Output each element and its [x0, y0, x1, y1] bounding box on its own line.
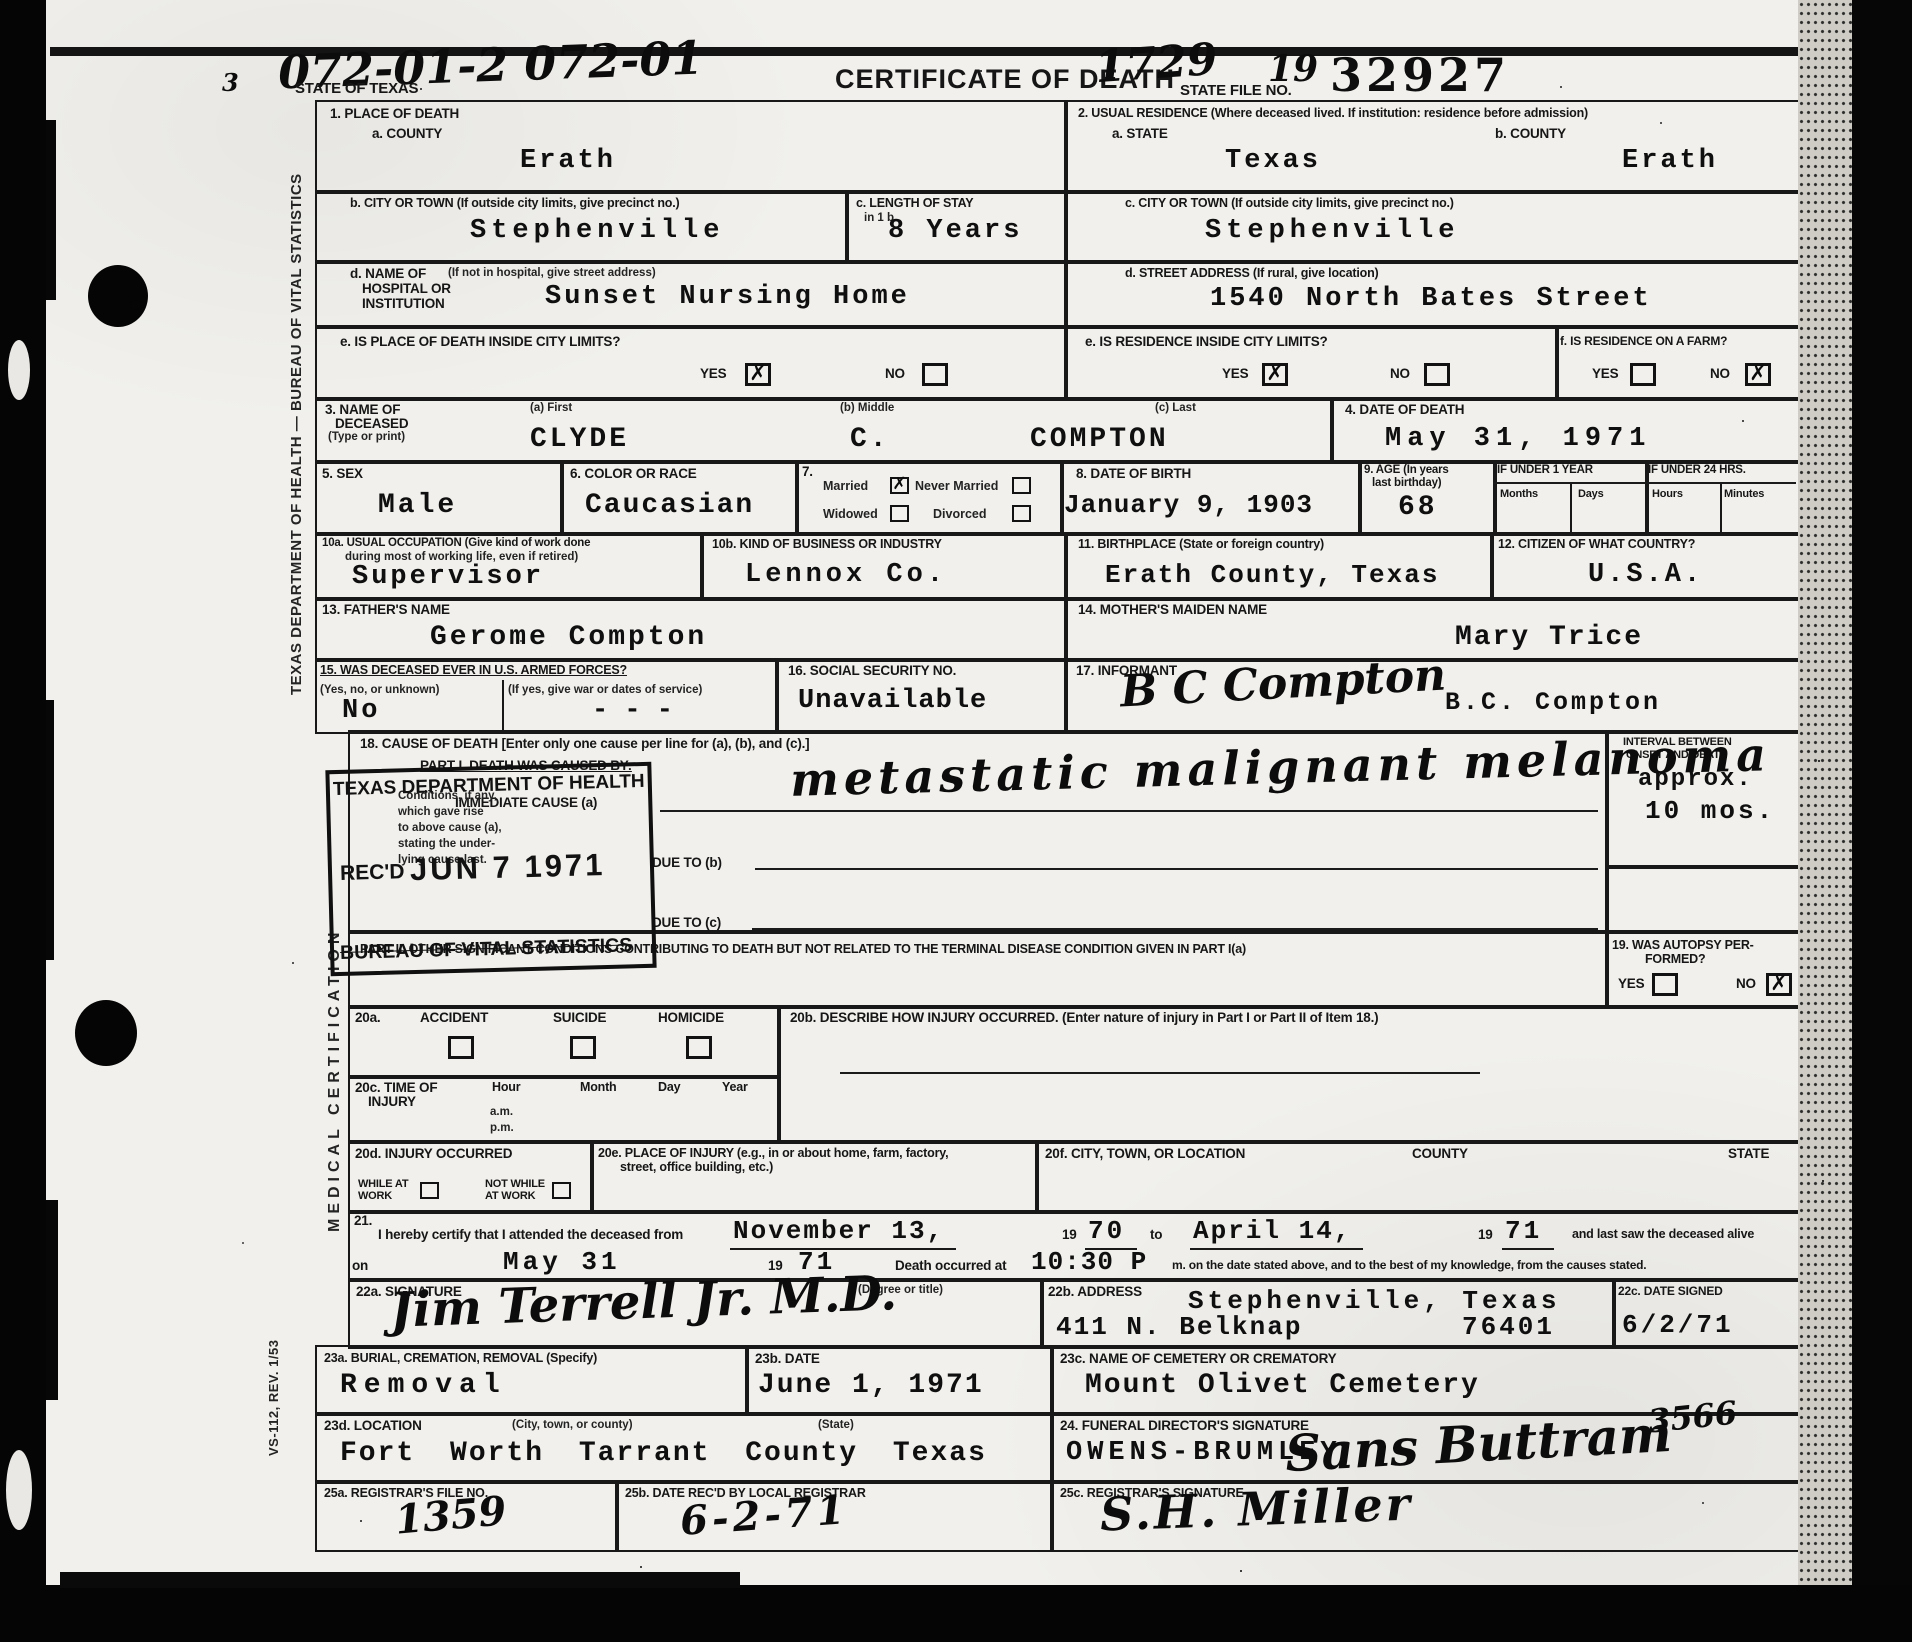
margin-form-number: VS-112, REV. 1/53: [266, 1340, 281, 1456]
ink-blob-1: [88, 265, 148, 327]
death-city-limits-no-label: NO: [885, 366, 905, 381]
certify-text-4: m. on the date stated above, and to the …: [1172, 1258, 1646, 1272]
scan-edge-ragged-3: [46, 1200, 58, 1400]
citizen-value: U.S.A.: [1588, 560, 1703, 590]
divorced-label: Divorced: [933, 507, 987, 521]
burial-label: 23a. BURIAL, CREMATION, REMOVAL (Specify…: [324, 1351, 597, 1365]
institution-value: Sunset Nursing Home: [545, 282, 910, 312]
industry-label: 10b. KIND OF BUSINESS OR INDUSTRY: [712, 537, 942, 551]
hour-label: Hour: [492, 1080, 520, 1094]
autopsy-label-1: 19. WAS AUTOPSY PER-: [1612, 938, 1754, 952]
autopsy-yes-checkbox: [1652, 973, 1678, 996]
due-to-c-line: [752, 898, 1598, 930]
scan-white-patch-1: [8, 340, 30, 400]
marital-label: 7.: [802, 464, 813, 479]
birthplace-value: Erath County, Texas: [1105, 560, 1439, 590]
location-label: 23d. LOCATION: [324, 1418, 422, 1433]
cause-of-death-label: 18. CAUSE OF DEATH [Enter only one cause…: [360, 736, 809, 751]
ink-blob-1b: [130, 300, 142, 310]
death-certificate-scan: 3 072-01-2 072-01 STATE OF TEXAS CERTIFI…: [0, 0, 1912, 1642]
days-label: Days: [1578, 488, 1604, 500]
cell-20b: [777, 1005, 1800, 1144]
while-at-work-checkbox: [420, 1182, 439, 1199]
father-name-label: 13. FATHER'S NAME: [322, 602, 450, 617]
scan-bottom-border-2: [60, 1572, 740, 1588]
burial-value: Removal: [340, 1370, 507, 1401]
institution-label-2: HOSPITAL OR: [362, 281, 451, 296]
accident-label: ACCIDENT: [420, 1010, 488, 1025]
name-label-3: (Type or print): [328, 431, 405, 443]
industry-value: Lennox Co.: [745, 560, 947, 590]
institution-label-1b: (If not in hospital, give street address…: [448, 267, 656, 279]
middle-name-value: C.: [850, 424, 890, 455]
place-of-death-label: 1. PLACE OF DEATH: [330, 106, 459, 121]
residence-city-limits-no-checkbox: [1424, 363, 1450, 386]
never-married-checkbox: [1012, 477, 1031, 494]
county-label: a. COUNTY: [372, 126, 442, 141]
last-name-label: (c) Last: [1155, 402, 1196, 414]
not-while-work-checkbox: [552, 1182, 571, 1199]
sex-label: 5. SEX: [322, 466, 363, 481]
label-20d: 20d. INJURY OCCURRED: [355, 1146, 512, 1161]
death-city-limits-yes-label: YES: [700, 366, 726, 381]
am-label: a.m.: [490, 1106, 513, 1118]
printed-19-b: 19: [1478, 1227, 1493, 1242]
father-name-value: Gerome Compton: [430, 622, 707, 653]
scan-edge-mottle: [1798, 0, 1852, 1598]
residence-state-label: a. STATE: [1112, 126, 1168, 141]
attended-to-date: April 14,: [1190, 1216, 1363, 1250]
burial-date-value: June 1, 1971: [758, 1370, 984, 1401]
stamp-line-3: BUREAU OF VITAL STATISTICS: [340, 934, 633, 965]
citizen-label: 12. CITIZEN OF WHAT COUNTRY?: [1498, 537, 1695, 551]
widowed-label: Widowed: [823, 507, 878, 521]
armed-forces-value: No: [342, 696, 380, 726]
certify-text-2: and last saw the deceased alive: [1572, 1227, 1754, 1241]
married-checkbox: ✗: [890, 477, 909, 494]
institution-label-3: INSTITUTION: [362, 296, 445, 311]
age-value: 68: [1398, 492, 1438, 523]
first-name-label: (a) First: [530, 402, 572, 414]
residence-farm-label: f. IS RESIDENCE ON A FARM?: [1560, 334, 1727, 348]
first-name-value: CLYDE: [530, 424, 629, 455]
autopsy-label-2: FORMED?: [1645, 952, 1705, 966]
mother-name-value: Mary Trice: [1455, 622, 1643, 653]
autopsy-yes-label: YES: [1618, 976, 1644, 991]
last-name-value: COMPTON: [1030, 424, 1169, 455]
day-label: Day: [658, 1080, 680, 1094]
name-label-1: 3. NAME OF: [325, 402, 400, 417]
scan-left-border: [0, 0, 46, 1642]
under-24-hrs-label: IF UNDER 24 HRS.: [1648, 464, 1746, 476]
homicide-label: HOMICIDE: [658, 1010, 724, 1025]
state-file-number: 32927: [1330, 48, 1510, 102]
minutes-label: Minutes: [1724, 488, 1764, 500]
street-address-label: d. STREET ADDRESS (If rural, give locati…: [1125, 266, 1378, 280]
date-of-death-value: May 31, 1971: [1385, 424, 1651, 454]
ssn-label: 16. SOCIAL SECURITY NO.: [788, 663, 956, 678]
cell-interval-empty: [1605, 865, 1800, 934]
stamp-date: JUN 7 1971: [410, 847, 606, 888]
due-to-b-line: [755, 838, 1598, 870]
ssn-value: Unavailable: [798, 686, 987, 716]
scan-edge-ragged-2: [46, 700, 54, 960]
attended-from-year: 70: [1085, 1216, 1137, 1250]
length-of-stay-label: c. LENGTH OF STAY: [856, 196, 973, 210]
age-label-1: 9. AGE (In years: [1364, 464, 1449, 476]
armed-forces-divider: [502, 680, 504, 730]
death-city-limits-yes-checkbox: ✗: [745, 363, 771, 386]
location-sub2: (State): [818, 1419, 854, 1431]
never-married-label: Never Married: [915, 479, 998, 493]
married-label: Married: [823, 479, 868, 493]
under-1-year-label: IF UNDER 1 YEAR: [1497, 464, 1593, 476]
county-value: Erath: [520, 146, 616, 176]
usual-residence-label: 2. USUAL RESIDENCE (Where deceased lived…: [1078, 106, 1588, 120]
date-of-death-label: 4. DATE OF DEATH: [1345, 402, 1464, 417]
age-label-2: last birthday): [1372, 477, 1441, 489]
mother-name-label: 14. MOTHER'S MAIDEN NAME: [1078, 602, 1267, 617]
label-20f: 20f. CITY, TOWN, OR LOCATION: [1045, 1146, 1245, 1161]
residence-city-value: Stephenville: [1205, 216, 1459, 246]
sex-value: Male: [378, 490, 457, 521]
state-header-label: STATE: [1728, 1146, 1769, 1161]
residence-farm-no-label: NO: [1710, 366, 1730, 381]
race-value: Caucasian: [585, 490, 754, 521]
registrar-file-value: 1359: [393, 1487, 508, 1544]
date-signed-label: 22c. DATE SIGNED: [1618, 1284, 1723, 1298]
scan-white-patch-2: [6, 1450, 32, 1530]
accident-checkbox: [448, 1036, 474, 1059]
year-label: Year: [722, 1080, 748, 1094]
middle-name-label: (b) Middle: [840, 402, 894, 414]
to-label: to: [1150, 1227, 1162, 1242]
residence-county-value: Erath: [1622, 146, 1718, 176]
stray-mark: 3: [222, 68, 239, 97]
cemetery-label: 23c. NAME OF CEMETERY OR CREMATORY: [1060, 1351, 1337, 1366]
interval-value-2: 10 mos.: [1645, 796, 1775, 826]
label-20c-2: INJURY: [368, 1094, 416, 1109]
occupation-label-1: 10a. USUAL OCCUPATION (Give kind of work…: [322, 537, 590, 549]
certify-text-3: Death occurred at: [895, 1258, 1006, 1273]
months-label: Months: [1500, 488, 1538, 500]
month-label: Month: [580, 1080, 616, 1094]
injury-description-line: [840, 1046, 1480, 1074]
residence-farm-no-checkbox: ✗: [1745, 363, 1771, 386]
birthplace-label: 11. BIRTHPLACE (State or foreign country…: [1078, 537, 1324, 551]
residence-city-limits-yes-label: YES: [1222, 366, 1248, 381]
suicide-checkbox: [570, 1036, 596, 1059]
race-label: 6. COLOR OR RACE: [570, 466, 697, 481]
registrar-signature: S.H. Miller: [1099, 1477, 1414, 1542]
state-file-no-label: STATE FILE NO.: [1180, 82, 1292, 99]
death-city-limits-label: e. IS PLACE OF DEATH INSIDE CITY LIMITS?: [340, 334, 620, 349]
armed-forces-sub1: (Yes, no, or unknown): [320, 684, 439, 696]
residence-county-label: b. COUNTY: [1495, 126, 1566, 141]
city-of-death-value: Stephenville: [470, 216, 724, 246]
divorced-checkbox: [1012, 505, 1031, 522]
on-label: on: [352, 1258, 368, 1273]
armed-forces-label: 15. WAS DECEASED EVER IN U.S. ARMED FORC…: [320, 663, 627, 677]
scan-right-border: [1852, 0, 1912, 1642]
stamp-recd: REC'D: [340, 860, 405, 886]
funeral-director-label: 24. FUNERAL DIRECTOR'S SIGNATURE: [1060, 1418, 1309, 1433]
hours-minutes-divider: [1720, 484, 1722, 532]
residence-city-limits-no-label: NO: [1390, 366, 1410, 381]
address-line-2: 411 N. Belknap: [1056, 1312, 1302, 1342]
residence-city-label: c. CITY OR TOWN (If outside city limits,…: [1125, 196, 1454, 210]
stamp-line-1: TEXAS DEPARTMENT OF HEALTH: [330, 771, 648, 801]
location-value: Fort Worth Tarrant County Texas: [340, 1438, 987, 1469]
label-20e-1: 20e. PLACE OF INJURY (e.g., in or about …: [598, 1146, 948, 1160]
armed-forces-sub2: (If yes, give war or dates of service): [508, 684, 702, 696]
label-21: 21.: [354, 1213, 372, 1228]
cemetery-value: Mount Olivet Cemetery: [1085, 1370, 1480, 1401]
due-to-c-label: DUE TO (c): [652, 915, 721, 930]
attended-from-date: November 13,: [730, 1216, 956, 1250]
due-to-b-label: DUE TO (b): [652, 855, 722, 870]
autopsy-no-checkbox: ✗: [1766, 973, 1792, 996]
while-at-work-label-1: WHILE AT: [358, 1178, 408, 1190]
residence-state-value: Texas: [1225, 146, 1321, 176]
street-address-value: 1540 North Bates Street: [1210, 284, 1652, 314]
scan-bottom-border: [0, 1585, 1912, 1642]
label-20c-1: 20c. TIME OF: [355, 1080, 437, 1095]
hours-label: Hours: [1652, 488, 1683, 500]
while-at-work-label-2: WORK: [358, 1190, 392, 1202]
location-sub1: (City, town, or county): [512, 1419, 633, 1431]
residence-farm-yes-checkbox: [1630, 363, 1656, 386]
ink-blob-2: [75, 1000, 137, 1066]
suicide-label: SUICIDE: [553, 1010, 606, 1025]
margin-department-text: TEXAS DEPARTMENT OF HEALTH — BUREAU OF V…: [288, 173, 305, 695]
address-zip: 76401: [1462, 1312, 1555, 1342]
city-of-death-label: b. CITY OR TOWN (If outside city limits,…: [350, 196, 679, 210]
institution-label-1: d. NAME OF: [350, 266, 426, 281]
not-while-work-label-2: AT WORK: [485, 1190, 535, 1202]
scan-speckles: [0, 0, 2, 2]
burial-date-label: 23b. DATE: [755, 1351, 820, 1366]
scan-edge-ragged-1: [46, 120, 56, 300]
printed-19-a: 19: [1062, 1227, 1077, 1242]
received-stamp: TEXAS DEPARTMENT OF HEALTH REC'D JUN 7 1…: [325, 762, 656, 976]
occupation-value: Supervisor: [352, 562, 544, 592]
county-header-label: COUNTY: [1412, 1146, 1468, 1161]
death-city-limits-no-checkbox: [922, 363, 948, 386]
not-while-work-label-1: NOT WHILE: [485, 1178, 545, 1190]
informant-typed: B.C. Compton: [1445, 688, 1661, 717]
date-signed-value: 6/2/71: [1622, 1310, 1734, 1340]
attended-to-year: 71: [1502, 1216, 1554, 1250]
certify-text-1: I hereby certify that I attended the dec…: [378, 1227, 683, 1242]
state-of-texas-label: STATE OF TEXAS: [295, 80, 418, 97]
label-20b: 20b. DESCRIBE HOW INJURY OCCURRED. (Ente…: [790, 1010, 1378, 1025]
residence-city-limits-label: e. IS RESIDENCE INSIDE CITY LIMITS?: [1085, 334, 1328, 349]
cell-marital-status: [795, 460, 1064, 536]
date-of-birth-value: January 9, 1903: [1064, 490, 1313, 520]
name-label-2: DECEASED: [335, 416, 408, 431]
months-days-divider: [1570, 484, 1572, 532]
residence-city-limits-yes-checkbox: ✗: [1262, 363, 1288, 386]
label-20a: 20a.: [355, 1010, 380, 1025]
homicide-checkbox: [686, 1036, 712, 1059]
death-time-value: 10:30 P: [1028, 1247, 1159, 1281]
pm-label: p.m.: [490, 1122, 514, 1134]
autopsy-no-label: NO: [1736, 976, 1756, 991]
length-of-stay-value: 8 Years: [888, 216, 1022, 246]
address-label: 22b. ADDRESS: [1048, 1284, 1142, 1299]
residence-farm-yes-label: YES: [1592, 366, 1618, 381]
label-20e-2: street, office building, etc.): [620, 1160, 773, 1174]
widowed-checkbox: [890, 505, 909, 522]
armed-forces-dashes: - - -: [592, 696, 673, 726]
date-of-birth-label: 8. DATE OF BIRTH: [1076, 466, 1191, 481]
